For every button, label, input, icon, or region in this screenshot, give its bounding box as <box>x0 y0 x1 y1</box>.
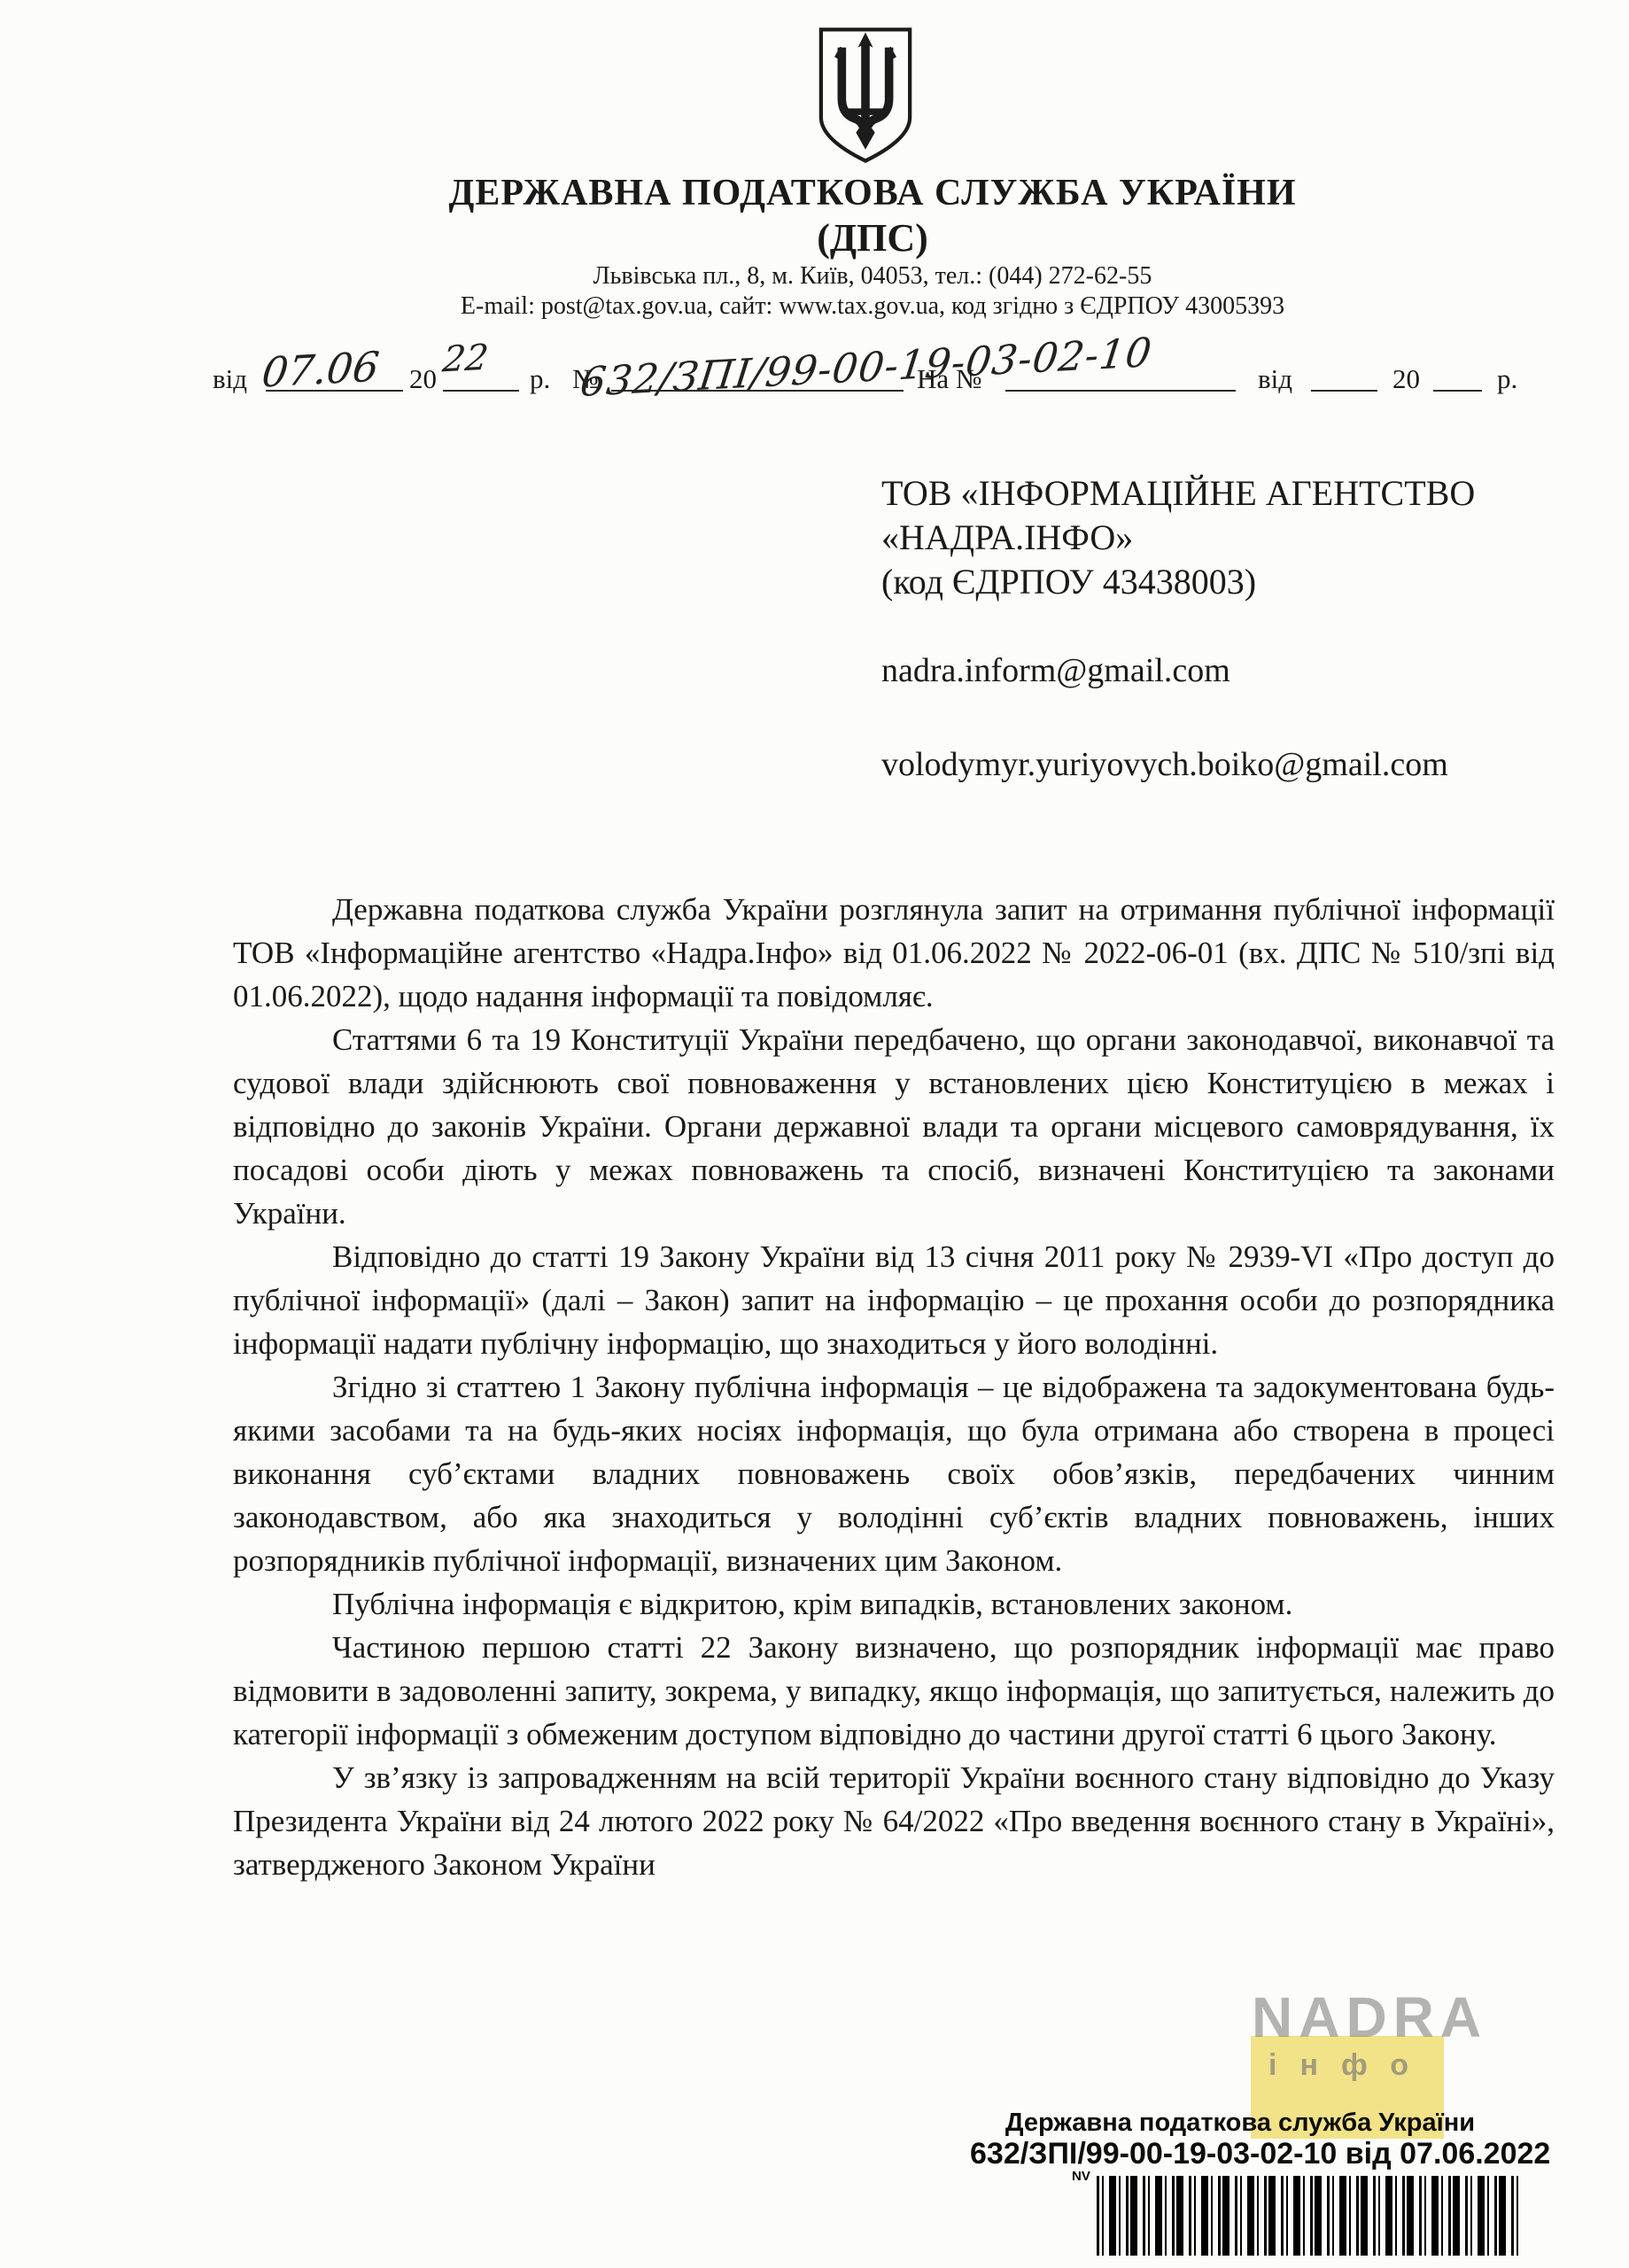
scan-noise <box>0 0 2 2</box>
paragraph-law-article1: Згідно зі статтею 1 Закону публічна інфо… <box>233 1365 1555 1582</box>
paragraph-constitution: Статтями 6 та 19 Конституції України пер… <box>233 1018 1555 1235</box>
watermark-brand-sub: інфо <box>1268 2048 1431 2083</box>
date-blank-2 <box>1311 363 1377 392</box>
recipient-name-line1: ТОВ «ІНФОРМАЦІЙНЕ АГЕНТСТВО <box>881 471 1555 516</box>
year-label-2: р. <box>1497 363 1517 395</box>
paragraph-law-article22: Частиною першою статті 22 Закону визначе… <box>233 1626 1555 1756</box>
org-address: Львівська пл., 8, м. Київ, 04053, тел.: … <box>151 262 1594 291</box>
paragraph-intro: Державна податкова служба України розгля… <box>233 888 1555 1018</box>
year-blank-2 <box>1433 363 1482 392</box>
reply-label: На № <box>917 363 981 395</box>
ukraine-trident-emblem-icon <box>813 25 918 167</box>
scanned-letter-page: ДЕРЖАВНА ПОДАТКОВА СЛУЖБА УКРАЇНИ (ДПС) … <box>0 0 1629 2268</box>
stamp-org-line: Державна податкова служба України <box>921 2109 1559 2138</box>
org-abbreviation: (ДПС) <box>151 215 1594 260</box>
recipient-edrpou: (код ЄДРПОУ 43438003) <box>881 560 1555 604</box>
reference-line: від 07.06 20 22 р. № 632/ЗПІ/99-00-19-03… <box>0 356 1629 409</box>
recipient-name-line2: «НАДРА.ІНФО» <box>881 516 1555 560</box>
paragraph-martial-law: У зв’язку із запровадженням на всій тери… <box>233 1756 1555 1886</box>
letter-body: Державна податкова служба України розгля… <box>233 888 1555 1886</box>
year-label: р. <box>530 363 550 395</box>
stamp-registration-number: 632/ЗПІ/99-00-19-03-02-10 від 07.06.2022 <box>970 2137 1572 2171</box>
org-name: ДЕРЖАВНА ПОДАТКОВА СЛУЖБА УКРАЇНИ <box>151 172 1594 214</box>
reply-number-blank <box>1005 363 1236 392</box>
barcode-icon <box>1097 2176 1524 2256</box>
recipient-email-primary: nadra.inform@gmail.com <box>881 651 1555 690</box>
org-contacts: E-mail: post@tax.gov.ua, сайт: www.tax.g… <box>151 292 1594 321</box>
from-label: від <box>213 363 247 395</box>
recipient-block: ТОВ «ІНФОРМАЦІЙНЕ АГЕНТСТВО «НАДРА.ІНФО»… <box>881 471 1555 784</box>
paragraph-law-article19: Відповідно до статті 19 Закону України в… <box>233 1235 1555 1365</box>
from-label-2: від <box>1258 363 1292 395</box>
year-prefix-2: 20 <box>1392 363 1420 395</box>
year-prefix: 20 <box>409 363 437 395</box>
barcode-caption: NV <box>1072 2169 1090 2184</box>
recipient-email-secondary: volodymyr.yuriyovych.boiko@gmail.com <box>881 745 1555 784</box>
handwritten-date: 07.06 <box>260 342 382 396</box>
paragraph-open-info: Публічна інформація є відкритою, крім ви… <box>233 1582 1555 1626</box>
handwritten-year: 22 <box>440 337 491 380</box>
